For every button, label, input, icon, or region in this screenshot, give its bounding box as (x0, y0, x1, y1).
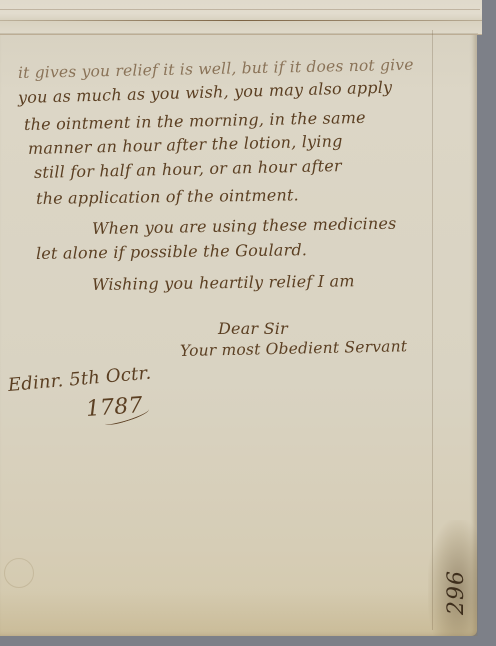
letter-line-8: let alone if possible the Goulard. (36, 240, 307, 263)
letter-line-6: the application of the ointment. (36, 185, 299, 208)
manuscript-page: it gives you relief it is well, but if i… (0, 0, 477, 636)
folio-number: 296 (444, 570, 469, 615)
letter-line-9: Wishing you heartily relief I am (92, 271, 355, 294)
crease-line (0, 9, 480, 10)
letter-line-4: manner an hour after the lotion, lying (28, 131, 343, 158)
letter-line-7: When you are using these medicines (92, 214, 397, 238)
crease-line (0, 33, 478, 34)
salutation: Dear Sir (218, 319, 288, 338)
folded-top-edge (0, 0, 482, 35)
letter-line-5: still for half an hour, or an hour after (34, 156, 342, 182)
circular-mark (4, 558, 34, 588)
bottom-discoloration (0, 590, 477, 636)
letter-line-2: you as much as you wish, you may also ap… (18, 78, 393, 107)
valediction: Your most Obedient Servant (180, 337, 408, 360)
letter-line-3: the ointment in the morning, in the same (24, 108, 366, 134)
dateline-place-date: Edinr. 5th Octr. (7, 363, 152, 396)
crease-line (0, 20, 482, 21)
